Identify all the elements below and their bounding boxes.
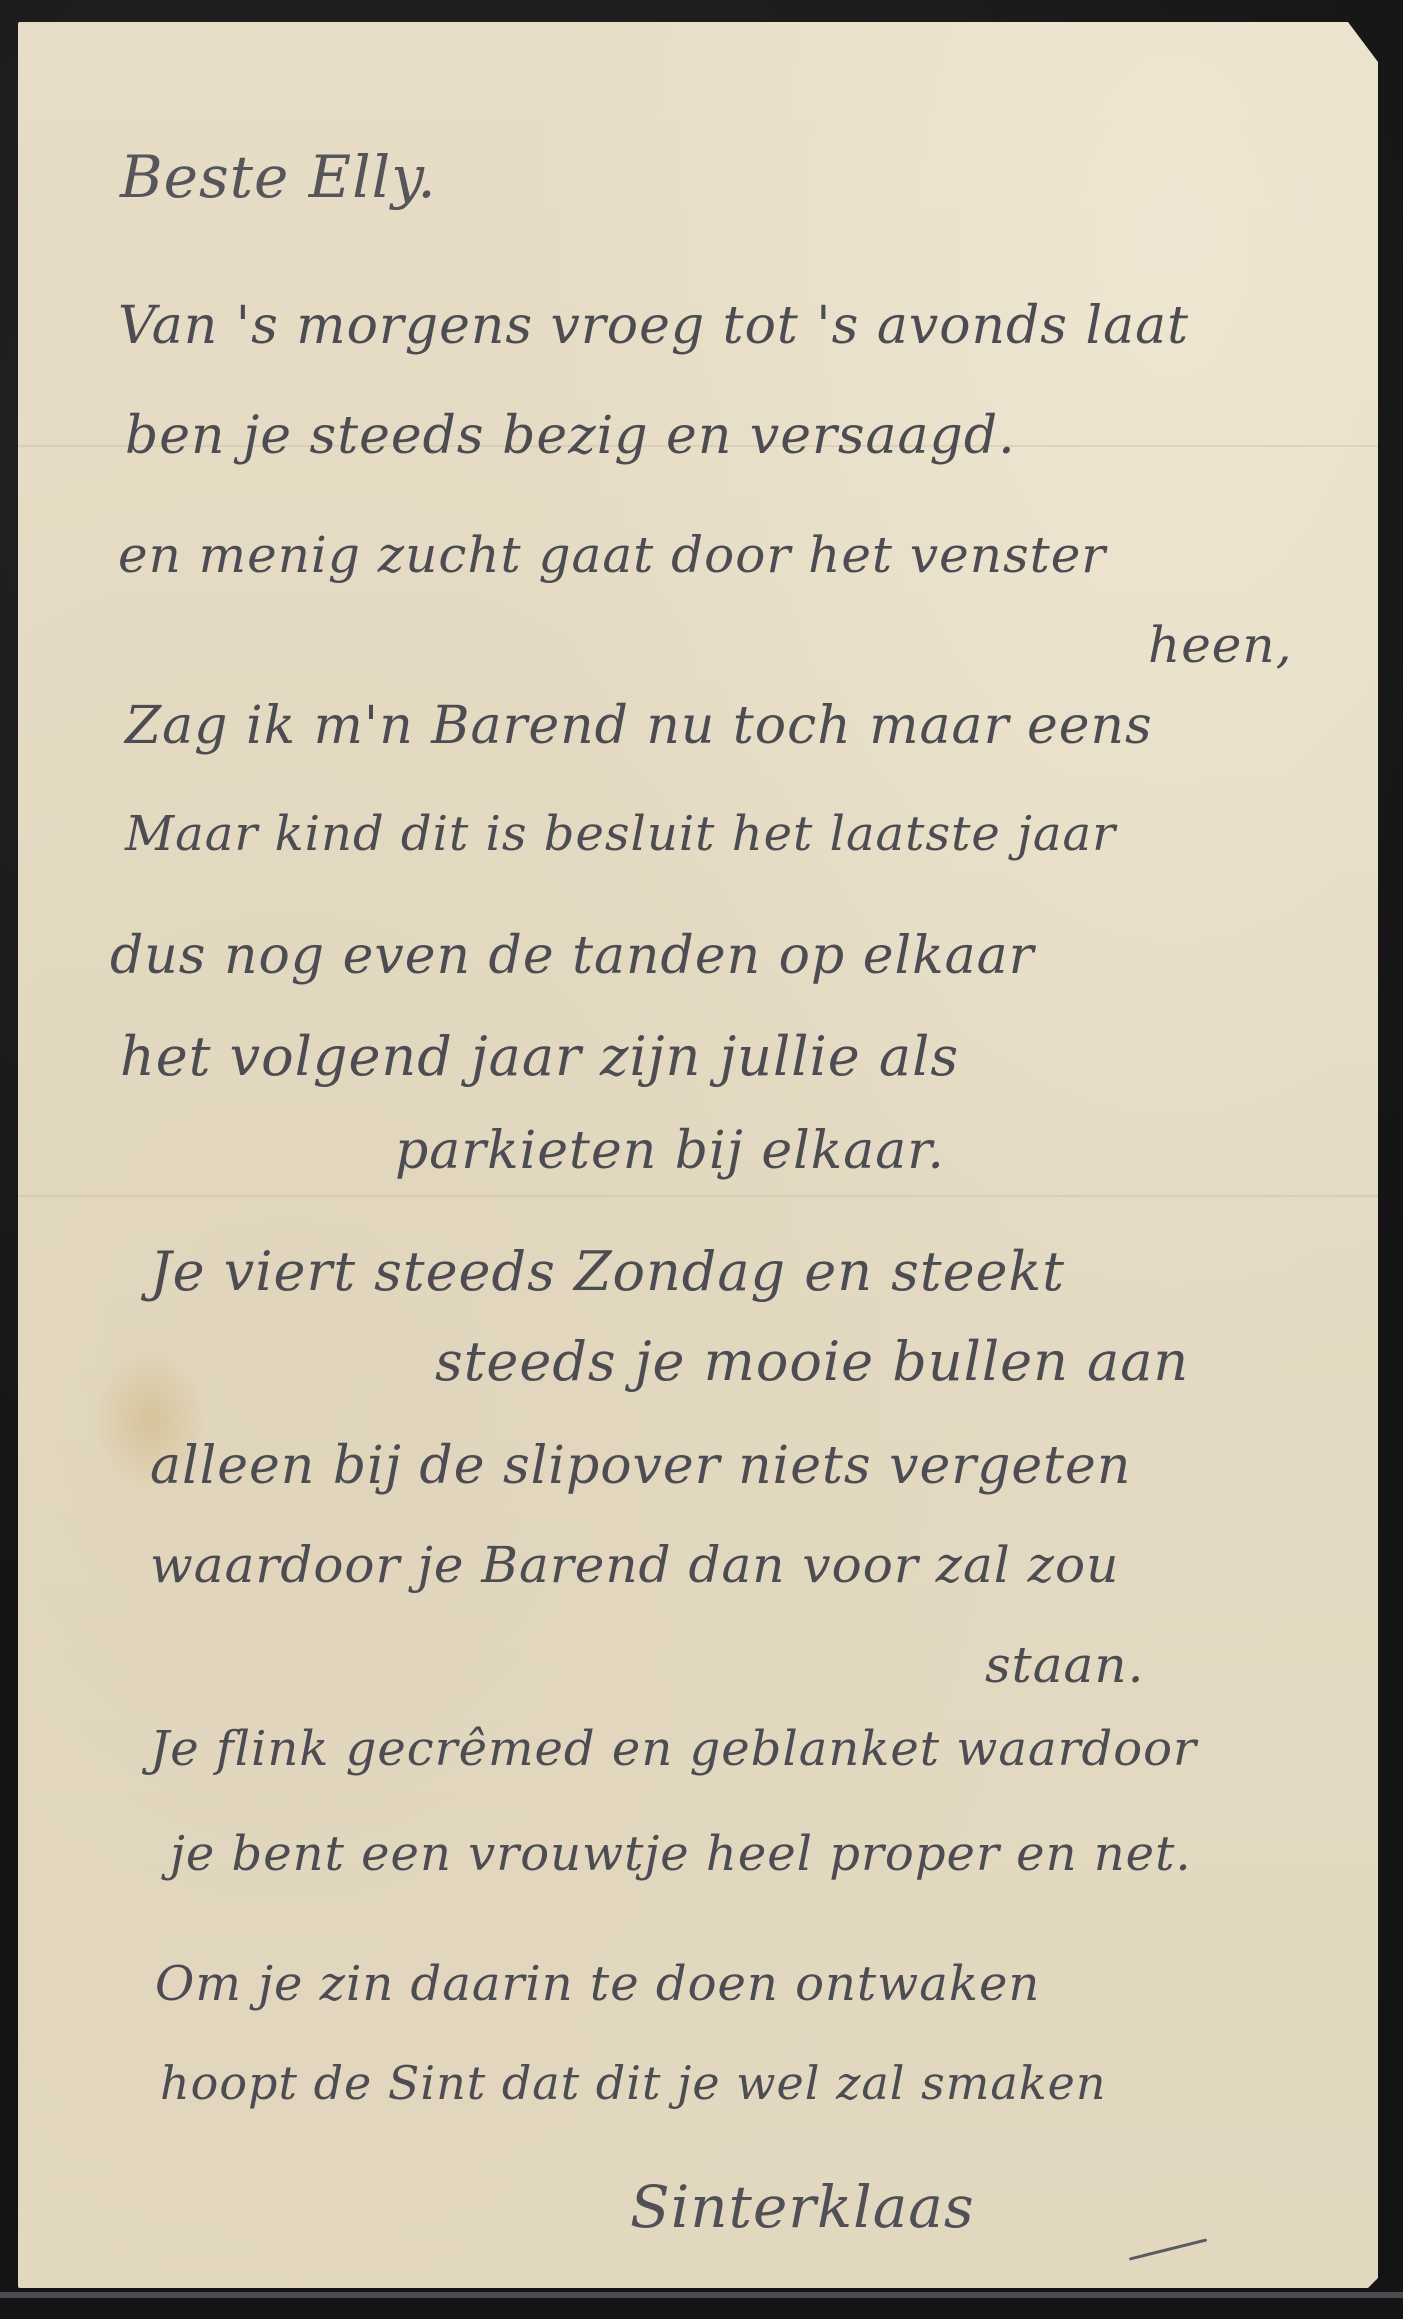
letter-greeting: Beste Elly. (120, 148, 437, 206)
letter-line: hoopt de Sint dat dit je wel zal smaken (160, 2060, 1106, 2106)
signature: Sinterklaas (630, 2178, 975, 2236)
letter-line: dus nog even de tanden op elkaar (110, 930, 1035, 982)
letter-line: staan. (985, 1640, 1144, 1690)
letter-line: steeds je mooie bullen aan (435, 1335, 1189, 1389)
frame-rail (0, 2292, 1403, 2298)
letter-line: parkieten bij elkaar. (395, 1125, 945, 1177)
letter-line: Je flink gecrêmed en geblanket waardoor (150, 1725, 1197, 1773)
letter-line: Maar kind dit is besluit het laatste jaa… (125, 810, 1116, 858)
letter-line: Om je zin daarin te doen ontwaken (155, 1960, 1040, 2008)
letter-line: het volgend jaar zijn jullie als (120, 1030, 959, 1084)
letter-line: waardoor je Barend dan voor zal zou (150, 1540, 1119, 1590)
letter-line: je bent een vrouwtje heel proper en net. (170, 1830, 1192, 1878)
letter-line: Zag ik m'n Barend nu toch maar eens (125, 700, 1153, 752)
paper-fold-line (18, 1195, 1378, 1197)
letter-line: heen, (1148, 620, 1292, 670)
letter-line: ben je steeds bezig en versaagd. (125, 410, 1016, 462)
letter-line: Je viert steeds Zondag en steekt (150, 1245, 1065, 1299)
letter-line: Van 's morgens vroeg tot 's avonds laat (118, 300, 1189, 352)
letter-line: en menig zucht gaat door het venster (118, 530, 1106, 580)
letter-line: alleen bij de slipover niets vergeten (150, 1440, 1131, 1492)
